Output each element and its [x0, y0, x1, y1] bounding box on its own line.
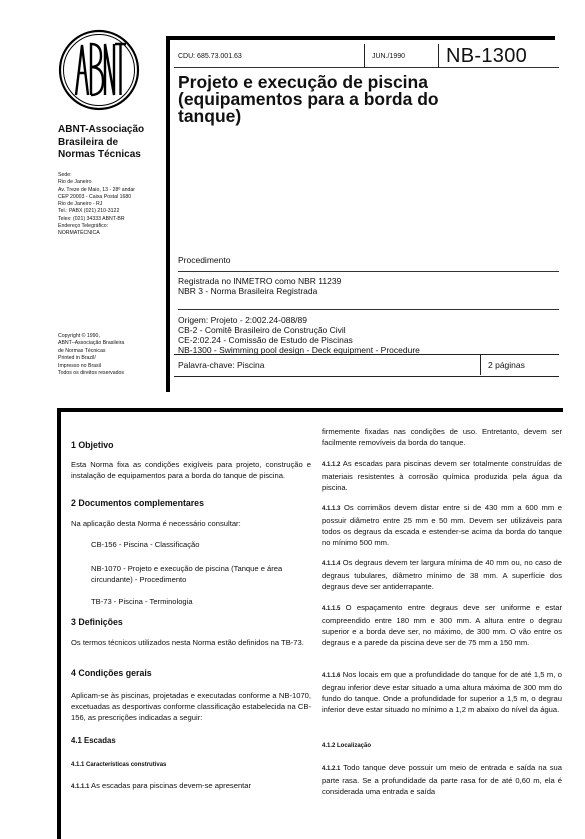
paragraph: firmemente fixadas nas condições de uso.…: [322, 426, 562, 448]
paragraph: Os termos técnicos utilizados nesta Norm…: [71, 637, 311, 648]
reference-item: TB-73 - Piscina - Terminologia: [91, 596, 311, 607]
standard-code: NB-1300: [446, 45, 527, 68]
cdu-code: CDU: 685.73.001.63: [178, 53, 242, 60]
paragraph: 4.1.1.1 As escadas para piscinas devem-s…: [71, 780, 311, 793]
paragraph: Na aplicação desta Norma é necessário co…: [71, 518, 311, 529]
paragraph: 4.1.1.5 O espaçamento entre degraus deve…: [322, 602, 562, 648]
keyword: Palavra-chave: Piscina: [178, 360, 264, 370]
section-heading: 2 Documentos complementares: [71, 498, 204, 509]
divider: [178, 271, 559, 272]
abnt-logo-icon: [58, 29, 140, 111]
publication-date: JUN./1990: [372, 53, 405, 60]
reference-item: NB-1070 - Projeto e execução de piscina …: [91, 563, 311, 585]
registration-info: Registrada no INMETRO como NBR 11239 NBR…: [178, 276, 341, 296]
document-header: CDU: 685.73.001.63 JUN./1990 NB-1300 Pro…: [166, 36, 555, 392]
paragraph: 4.1.1.3 Os corrimãos devem distar entre …: [322, 502, 562, 548]
organization-address: Sede: Rio de Janeiro Av. Treze de Maio, …: [58, 172, 158, 238]
subsection-heading: 4.1.1 Características construtivas: [71, 760, 166, 771]
paragraph: Aplicam-se às piscinas, projetadas e exe…: [71, 690, 311, 723]
document-type: Procedimento: [178, 255, 230, 265]
paragraph: 4.1.1.4 Os degraus devem ter largura mín…: [322, 557, 562, 592]
divider: [480, 355, 481, 375]
section-heading: 1 Objetivo: [71, 440, 114, 451]
paragraph: Esta Norma fixa as condições exigíveis p…: [71, 459, 311, 481]
divider: [438, 44, 439, 68]
copyright-notice: Copyright © 1990, ABNT–Associação Brasil…: [58, 333, 158, 377]
paragraph: 4.1.1.2 As escadas para piscinas devem s…: [322, 458, 562, 493]
classification-row: CDU: 685.73.001.63 JUN./1990 NB-1300: [174, 44, 559, 68]
paragraph: 4.1.1.6 Nos locais em que a profundidade…: [322, 669, 562, 715]
organization-name: ABNT-Associação Brasileira de Normas Téc…: [58, 124, 158, 162]
paragraph: 4.1.2.1 Todo tanque deve possuir um meio…: [322, 762, 562, 797]
document-body: 1 Objetivo Esta Norma fixa as condições …: [57, 408, 563, 839]
section-heading: 4 Condições gerais: [71, 668, 152, 679]
section-heading: 3 Definições: [71, 617, 123, 628]
divider: [178, 309, 559, 310]
subsection-heading: 4.1.2 Localização: [322, 741, 371, 752]
reference-item: CB-156 - Piscina - Classificação: [91, 539, 311, 550]
subsection-heading: 4.1 Escadas: [71, 735, 116, 746]
origin-info: Origem: Projeto - 2:002.24-088/89 CB-2 -…: [178, 315, 420, 355]
keyword-row: Palavra-chave: Piscina 2 páginas: [174, 354, 559, 377]
divider: [364, 44, 365, 68]
page-count: 2 páginas: [488, 360, 525, 370]
document-title: Projeto e execução de piscina (equipamen…: [178, 74, 558, 125]
